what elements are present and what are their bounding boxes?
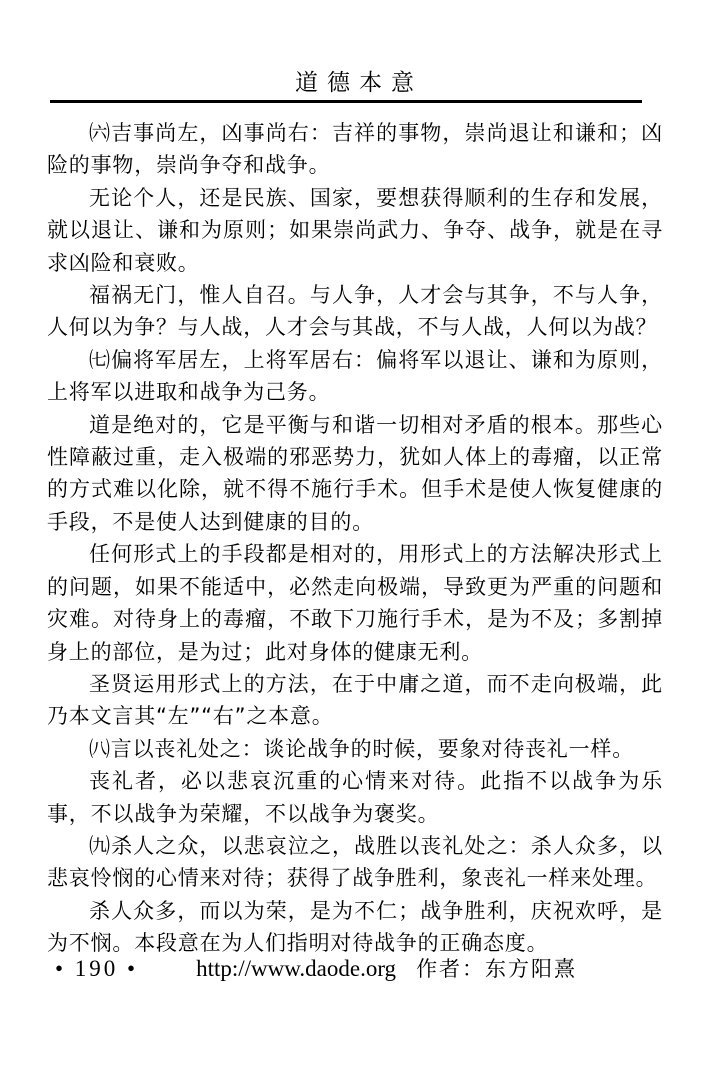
paragraph: 杀人众多，而以为荣，是为不仁；战争胜利，庆祝欢呼，是为不悯。本段意在为人们指明对… [47,895,663,959]
paragraph: 道是绝对的，它是平衡与和谐一切相对矛盾的根本。那些心性障蔽过重，走入极端的邪恶势… [47,409,663,539]
page-title: 道德本意 [0,70,709,96]
paragraph: ㈨杀人之众，以悲哀泣之，战胜以丧礼处之：杀人众多，以悲哀怜悯的心情来对待；获得了… [47,830,663,895]
header-rule [50,100,642,103]
book-page: 道德本意 ㈥吉事尚左，凶事尚右：吉祥的事物，崇尚退让和谦和；凶险的事物，崇尚争夺… [0,0,709,1077]
paragraph: 圣贤运用形式上的方法，在于中庸之道，而不走向极端，此乃本文言其“左”“右”之本意… [47,668,663,733]
paragraph: ㈧言以丧礼处之：谈论战争的时候，要象对待丧礼一样。 [47,733,663,765]
page-footer: • 190 • http://www.daode.org 作者：东方阳熹 [55,953,577,983]
page-number: • 190 • [55,956,138,982]
page-header: 道德本意 [0,0,709,103]
paragraph: 丧礼者，必以悲哀沉重的心情来对待。此指不以战争为乐事，不以战争为荣耀，不以战争为… [47,765,663,830]
site-url: http://www.daode.org [196,956,396,982]
author-credit: 作者：东方阳熹 [416,953,577,983]
paragraph: 福祸无门，惟人自召。与人争，人才会与其争，不与人争，人何以为争？与人战，人才会与… [47,279,663,344]
paragraph: 无论个人，还是民族、国家，要想获得顺利的生存和发展，就以退让、谦和为原则；如果崇… [47,182,663,279]
body-text: ㈥吉事尚左，凶事尚右：吉祥的事物，崇尚退让和谦和；凶险的事物，崇尚争夺和战争。无… [47,117,663,959]
paragraph: ㈦偏将军居左，上将军居右：偏将军以退让、谦和为原则，上将军以进取和战争为己务。 [47,344,663,409]
paragraph: ㈥吉事尚左，凶事尚右：吉祥的事物，崇尚退让和谦和；凶险的事物，崇尚争夺和战争。 [47,117,663,182]
paragraph: 任何形式上的手段都是相对的，用形式上的方法解决形式上的问题，如果不能适中，必然走… [47,538,663,668]
